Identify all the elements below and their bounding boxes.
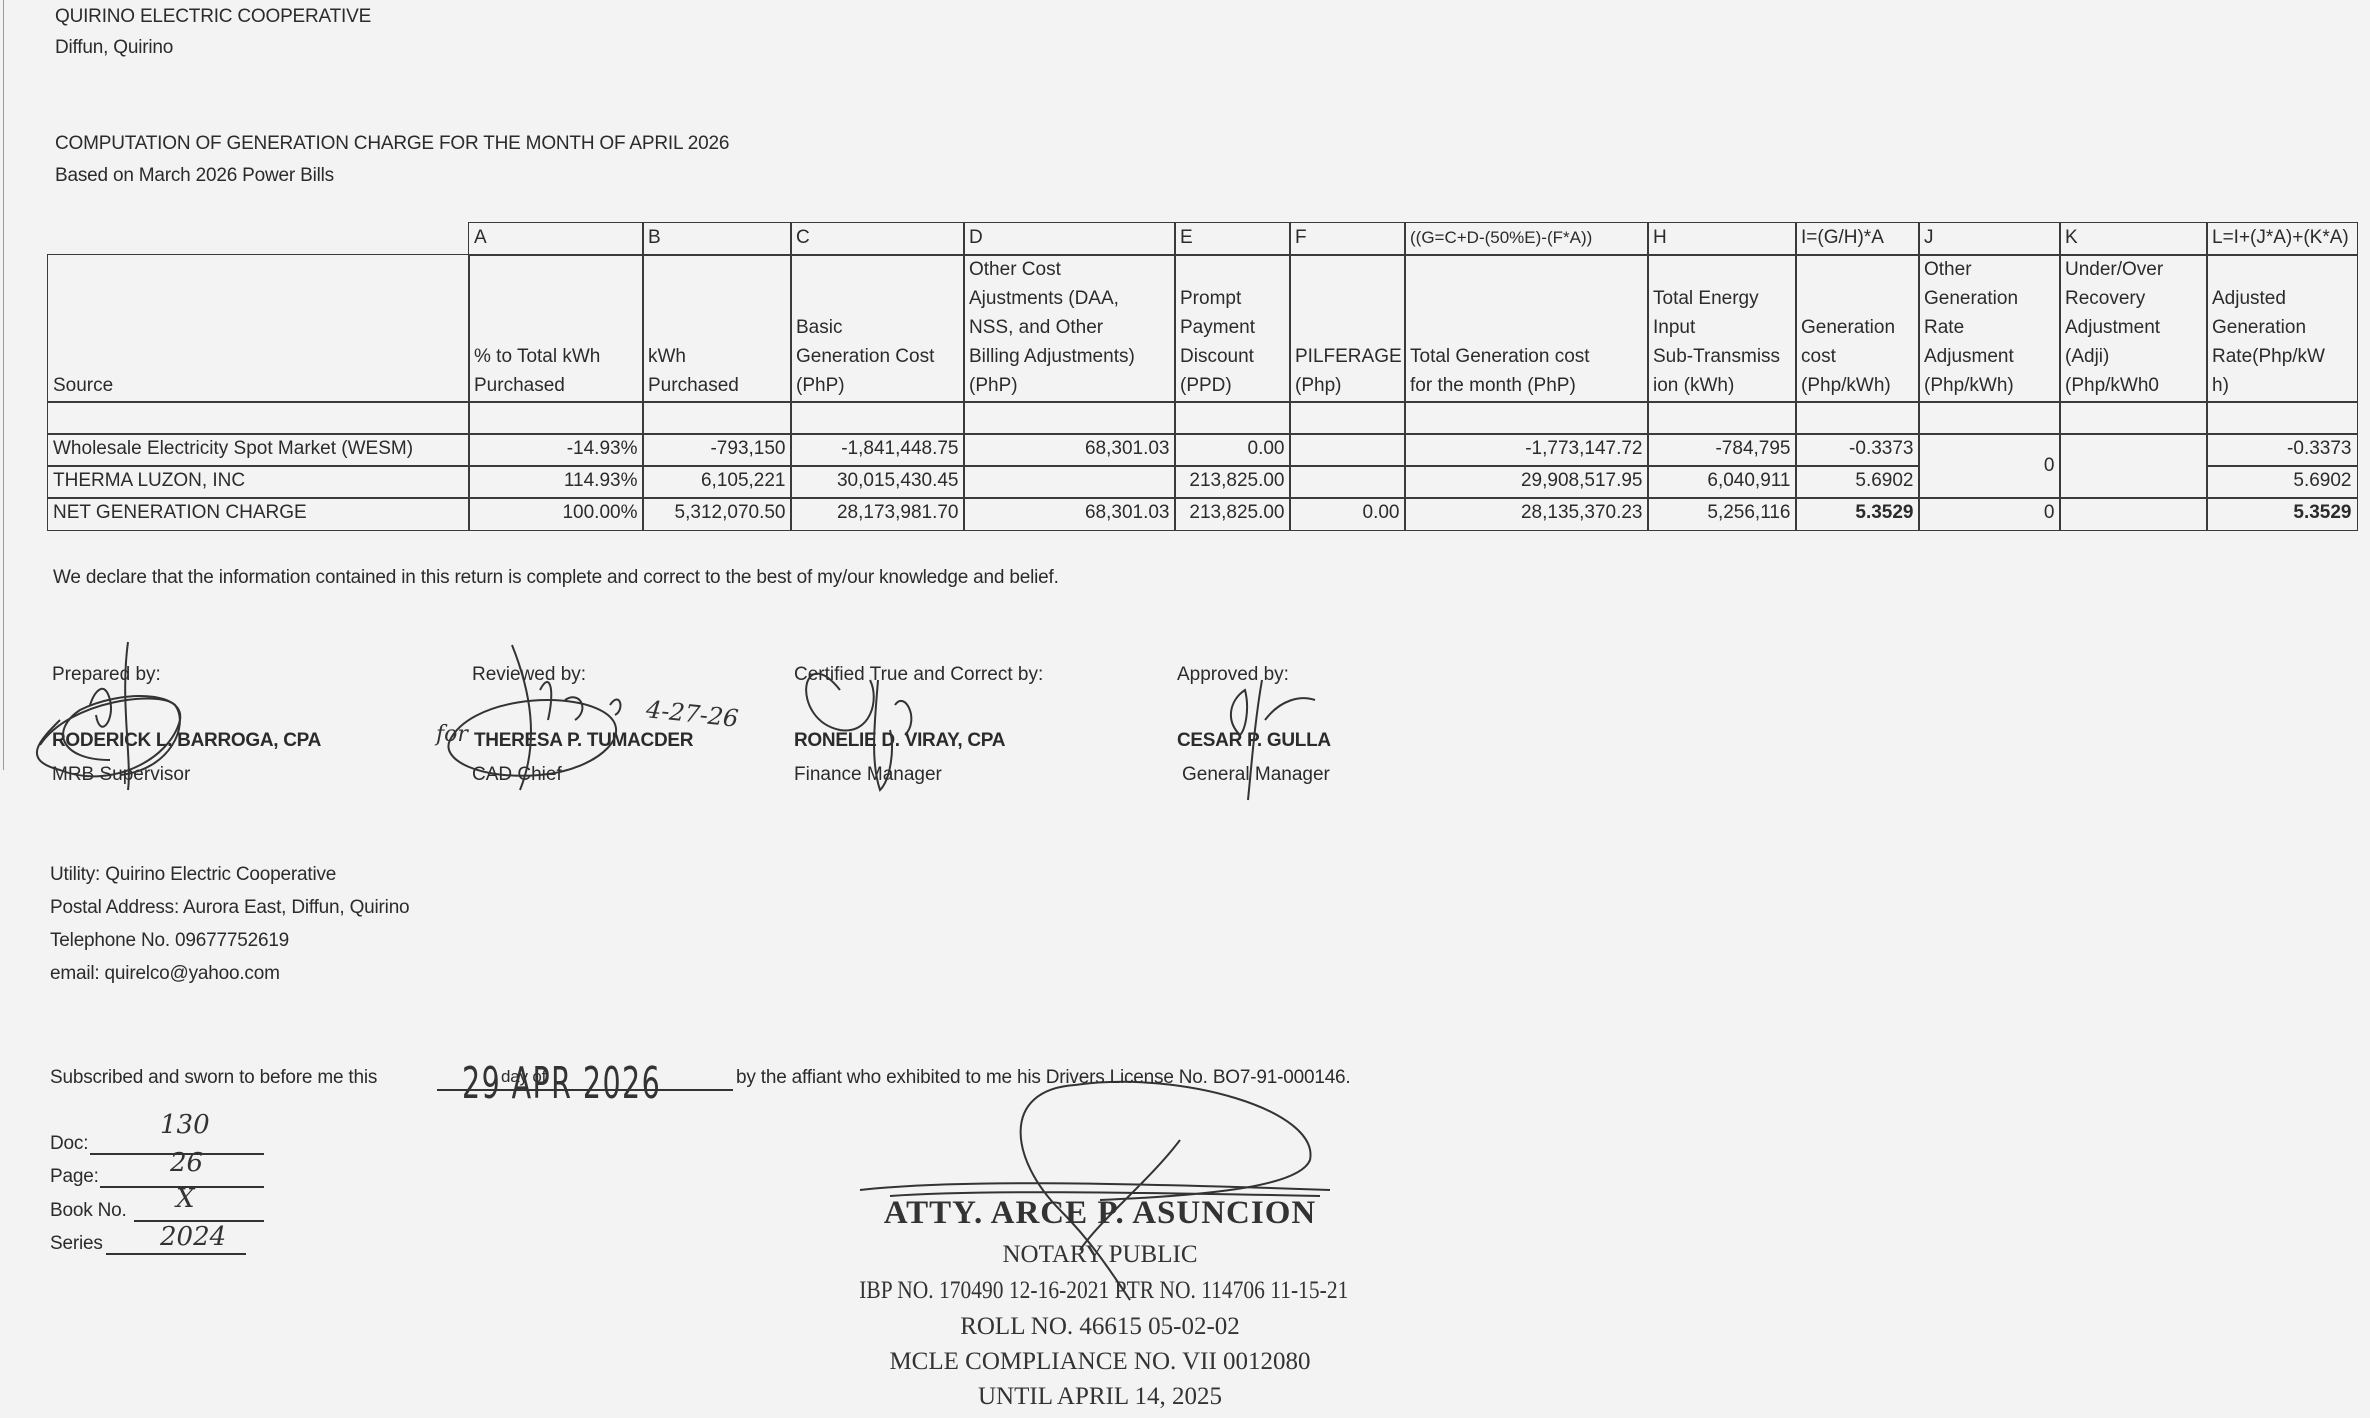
total-cell-other-cost-adj: 68,301.03 — [963, 497, 1176, 531]
generation-charge-table: ABCDEF((G=C+D-(50%E)-(F*A))HI=(G/H)*AJKL… — [0, 0, 2370, 540]
jurat-suffix: by the affiant who exhibited to me his D… — [736, 1068, 1351, 1087]
source-cell: Wholesale Electricity Spot Market (WESM) — [47, 433, 470, 467]
page-value: 26 — [170, 1148, 203, 1178]
jurat-prefix: Subscribed and sworn to before me this — [50, 1068, 377, 1087]
column-header: Total Generation cost for the month (PhP… — [1404, 254, 1649, 403]
column-letter: C — [790, 222, 965, 256]
column-letter: A — [468, 222, 644, 256]
column-header: Under/Over Recovery Adjustment (Adji) (P… — [2059, 254, 2208, 403]
total-cell-kwh-purchased: 5,312,070.50 — [642, 497, 792, 531]
column-letter: D — [963, 222, 1176, 256]
signatory-label: Reviewed by: — [472, 664, 586, 686]
merged-under-over-adj — [2059, 433, 2208, 499]
signatory-label: Prepared by: — [52, 664, 161, 686]
utility-email: email: quirelco@yahoo.com — [50, 964, 280, 983]
column-header: kWh Purchased — [642, 254, 792, 403]
utility-name: Utility: Quirino Electric Cooperative — [50, 865, 336, 884]
declaration-text: We declare that the information containe… — [53, 568, 1059, 587]
book-value: X — [176, 1184, 195, 1214]
doc-value: 130 — [160, 1110, 210, 1140]
column-letter: I=(G/H)*A — [1795, 222, 1920, 256]
total-cell-total-gen-cost: 28,135,370.23 — [1404, 497, 1649, 531]
total-cell-adjusted-rate: 5.3529 — [2206, 497, 2358, 531]
signatory-title: General Manager — [1182, 764, 1330, 786]
notary-until: UNTIL APRIL 14, 2025 — [820, 1383, 1380, 1411]
total-cell-under-over-adj — [2059, 497, 2208, 531]
series-label: Series — [50, 1234, 103, 1253]
value-cell-basic-gen-cost: 30,015,430.45 — [790, 465, 965, 499]
value-cell-adjusted-rate: 5.6902 — [2206, 465, 2358, 499]
source-cell: THERMA LUZON, INC — [47, 465, 470, 499]
jurat-date-stamp: 29 APR 2026 — [462, 1058, 661, 1109]
value-cell-total-gen-cost: 29,908,517.95 — [1404, 465, 1649, 499]
signatory-name: RONELIE D. VIRAY, CPA — [794, 730, 1005, 752]
column-letter: B — [642, 222, 792, 256]
total-row-source: NET GENERATION CHARGE — [47, 497, 470, 531]
notary-title: NOTARY PUBLIC — [820, 1241, 1380, 1269]
signatory-label: Certified True and Correct by: — [794, 664, 1043, 686]
column-letter: H — [1647, 222, 1797, 256]
column-header: PILFERAGE (Php) — [1289, 254, 1406, 403]
column-header: % to Total kWh Purchased — [468, 254, 644, 403]
total-cell-energy-input: 5,256,116 — [1647, 497, 1797, 531]
total-cell-other-gen-rate-adj: 0 — [1918, 497, 2061, 531]
value-cell-energy-input: -784,795 — [1647, 433, 1797, 467]
value-cell-gen-cost-rate: 5.6902 — [1795, 465, 1920, 499]
empty-cell — [1918, 401, 2061, 435]
signatory-title: Finance Manager — [794, 764, 942, 786]
value-cell-kwh-purchased: 6,105,221 — [642, 465, 792, 499]
column-header: Other Generation Rate Adjusment (Php/kWh… — [1918, 254, 2061, 403]
signatory-name: CESAR P. GULLA — [1177, 730, 1331, 752]
value-cell-other-cost-adj: 68,301.03 — [963, 433, 1176, 467]
signatory-name: THERESA P. TUMACDER — [474, 730, 693, 752]
value-cell-basic-gen-cost: -1,841,448.75 — [790, 433, 965, 467]
value-cell-kwh-purchased: -793,150 — [642, 433, 792, 467]
value-cell-pct-total-kwh: 114.93% — [468, 465, 644, 499]
value-cell-adjusted-rate: -0.3373 — [2206, 433, 2358, 467]
column-header: Adjusted Generation Rate(Php/kW h) — [2206, 254, 2358, 403]
column-header: Total Energy Input Sub-Transmiss ion (kW… — [1647, 254, 1797, 403]
empty-cell — [642, 401, 792, 435]
signatory-title: CAD Chief — [472, 764, 562, 786]
total-cell-pct-total-kwh: 100.00% — [468, 497, 644, 531]
total-cell-ppd: 213,825.00 — [1174, 497, 1291, 531]
value-cell-energy-input: 6,040,911 — [1647, 465, 1797, 499]
value-cell-pct-total-kwh: -14.93% — [468, 433, 644, 467]
signatory-name: RODERICK L. BARROGA, CPA — [52, 730, 321, 752]
source-column-header: Source — [47, 254, 470, 403]
value-cell-total-gen-cost: -1,773,147.72 — [1404, 433, 1649, 467]
signatory-label: Approved by: — [1177, 664, 1289, 686]
merged-other-gen-rate-adj: 0 — [1918, 433, 2061, 499]
page-label: Page: — [50, 1167, 99, 1186]
utility-postal-address: Postal Address: Aurora East, Diffun, Qui… — [50, 898, 409, 917]
series-underline — [106, 1253, 246, 1255]
book-label: Book No. — [50, 1201, 127, 1220]
empty-cell — [963, 401, 1176, 435]
value-cell-pilferage — [1289, 465, 1406, 499]
empty-cell — [1174, 401, 1291, 435]
column-header: Prompt Payment Discount (PPD) — [1174, 254, 1291, 403]
empty-cell — [47, 401, 470, 435]
column-letter: E — [1174, 222, 1291, 256]
signature-annotation-for: for — [436, 722, 468, 747]
total-cell-pilferage: 0.00 — [1289, 497, 1406, 531]
column-letter: F — [1289, 222, 1406, 256]
empty-cell — [2059, 401, 2208, 435]
value-cell-other-cost-adj — [963, 465, 1176, 499]
notary-roll: ROLL NO. 46615 05-02-02 — [820, 1313, 1380, 1341]
empty-cell — [2206, 401, 2358, 435]
value-cell-ppd: 213,825.00 — [1174, 465, 1291, 499]
value-cell-pilferage — [1289, 433, 1406, 467]
notary-name: ATTY. ARCE P. ASUNCION — [820, 1195, 1380, 1232]
column-header: Other Cost Ajustments (DAA, NSS, and Oth… — [963, 254, 1176, 403]
empty-cell — [1404, 401, 1649, 435]
empty-cell — [468, 401, 644, 435]
signatory-title: MRB Supervisor — [52, 764, 190, 786]
notary-ibp-ptr: IBP NO. 170490 12-16-2021 PTR NO. 114706… — [859, 1277, 1341, 1305]
column-letter: K — [2059, 222, 2208, 256]
signature-annotation-date: 4-27-26 — [645, 695, 740, 733]
column-letter: J — [1918, 222, 2061, 256]
total-cell-gen-cost-rate: 5.3529 — [1795, 497, 1920, 531]
empty-cell — [790, 401, 965, 435]
empty-cell — [1289, 401, 1406, 435]
column-header: Basic Generation Cost (PhP) — [790, 254, 965, 403]
total-cell-basic-gen-cost: 28,173,981.70 — [790, 497, 965, 531]
series-value: 2024 — [160, 1222, 226, 1252]
value-cell-ppd: 0.00 — [1174, 433, 1291, 467]
utility-telephone: Telephone No. 09677752619 — [50, 931, 289, 950]
empty-cell — [1647, 401, 1797, 435]
doc-label: Doc: — [50, 1134, 88, 1153]
empty-cell — [1795, 401, 1920, 435]
value-cell-gen-cost-rate: -0.3373 — [1795, 433, 1920, 467]
column-letter: L=I+(J*A)+(K*A) — [2206, 222, 2358, 256]
notary-mcle: MCLE COMPLIANCE NO. VII 0012080 — [820, 1348, 1380, 1376]
column-letter: ((G=C+D-(50%E)-(F*A)) — [1404, 222, 1649, 256]
column-header: Generation cost (Php/kWh) — [1795, 254, 1920, 403]
